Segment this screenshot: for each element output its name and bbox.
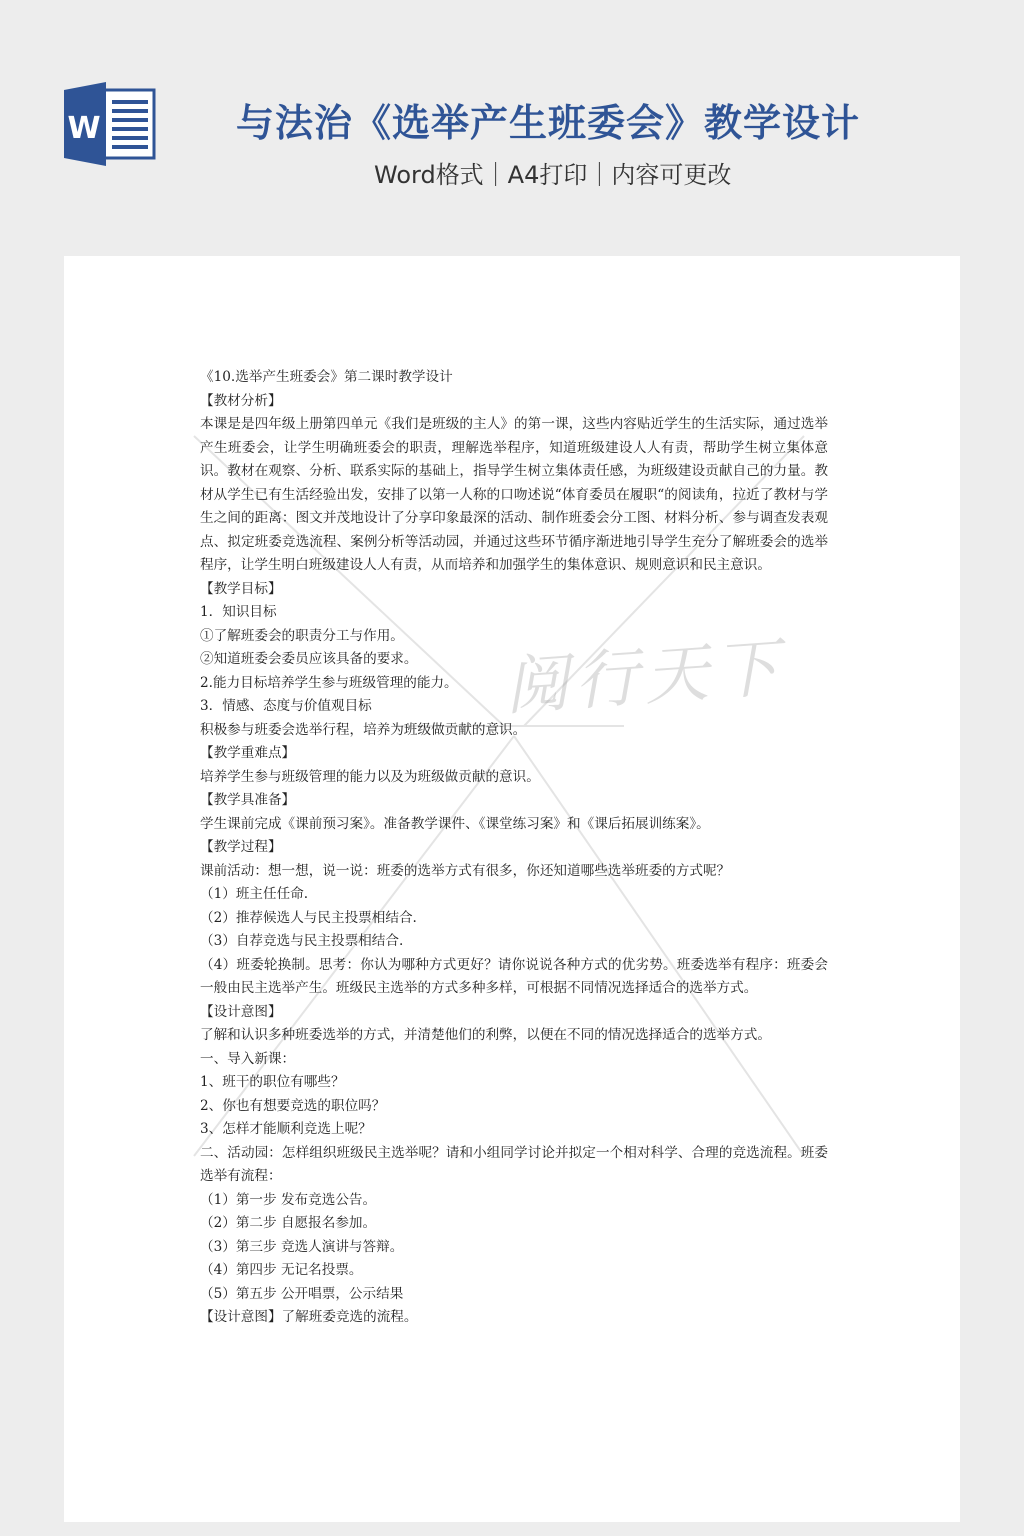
design-paragraph: 了解和认识多种班委选举的方式，并清楚他们的利弊，以便在不同的情况选择适合的选举方…	[200, 1024, 828, 1048]
election-step: （1）第一步 发布竞选公告。	[200, 1189, 828, 1213]
goal-item: 1．知识目标	[200, 601, 828, 625]
doc-title: 《10.选举产生班委会》第二课时教学设计	[200, 366, 828, 390]
intro-question: 1、班干的职位有哪些？	[200, 1071, 828, 1095]
process-method: （4）班委轮换制。思考：你认为哪种方式更好？请你说说各种方式的优劣势。班委选举有…	[200, 954, 828, 1001]
analysis-paragraph: 本课是是四年级上册第四单元《我们是班级的主人》的第一课，这些内容贴近学生的生活实…	[200, 413, 828, 578]
document-page: 阅行天下 《10.选举产生班委会》第二课时教学设计 【教材分析】 本课是是四年级…	[64, 256, 960, 1522]
section-heading-goals: 【教学目标】	[200, 578, 828, 602]
goal-item: ②知道班委会委员应该具备的要求。	[200, 648, 828, 672]
page-title: 与法治《选举产生班委会》教学设计	[236, 92, 860, 147]
process-method: （2）推荐候选人与民主投票相结合.	[200, 907, 828, 931]
section-heading-analysis: 【教材分析】	[200, 390, 828, 414]
intro-question: 2、你也有想要竞选的职位吗？	[200, 1095, 828, 1119]
election-step: （5）第五步 公开唱票，公示结果	[200, 1283, 828, 1307]
process-method: （3）自荐竞选与民主投票相结合.	[200, 930, 828, 954]
election-step: （4）第四步 无记名投票。	[200, 1259, 828, 1283]
document-body: 《10.选举产生班委会》第二课时教学设计 【教材分析】 本课是是四年级上册第四单…	[200, 366, 828, 1330]
election-step: （2）第二步 自愿报名参加。	[200, 1212, 828, 1236]
intro-question: 3、怎样才能顺利竞选上呢？	[200, 1118, 828, 1142]
goal-item: 积极参与班委会选举行程，培养为班级做贡献的意识。	[200, 719, 828, 743]
word-document-icon: W	[64, 80, 158, 166]
goal-item: 3．情感、态度与价值观目标	[200, 695, 828, 719]
process-intro: 课前活动：想一想，说一说：班委的选举方式有很多，你还知道哪些选举班委的方式呢？	[200, 860, 828, 884]
election-step: （3）第三步 竞选人演讲与答辩。	[200, 1236, 828, 1260]
page-subtitle: Word格式｜A4打印｜内容可更改	[374, 155, 731, 190]
svg-text:W: W	[67, 111, 100, 146]
process-method: （1）班主任任命.	[200, 883, 828, 907]
goal-item: ①了解班委会的职责分工与作用。	[200, 625, 828, 649]
final-design-note: 【设计意图】了解班委竞选的流程。	[200, 1306, 828, 1330]
intro-heading: 一、导入新课：	[200, 1048, 828, 1072]
section-heading-key-points: 【教学重难点】	[200, 742, 828, 766]
banner-header: W 与法治《选举产生班委会》教学设计 Word格式｜A4打印｜内容可更改	[0, 0, 1024, 256]
key-points-paragraph: 培养学生参与班级管理的能力以及为班级做贡献的意识。	[200, 766, 828, 790]
section-heading-process: 【教学过程】	[200, 836, 828, 860]
goal-item: 2.能力目标培养学生参与班级管理的能力。	[200, 672, 828, 696]
prep-paragraph: 学生课前完成《课前预习案》。准备教学课件、《课堂练习案》和《课后拓展训练案》。	[200, 813, 828, 837]
activity-paragraph: 二、活动园：怎样组织班级民主选举呢？请和小组同学讨论并拟定一个相对科学、合理的竞…	[200, 1142, 828, 1189]
section-heading-prep: 【教学具准备】	[200, 789, 828, 813]
section-heading-design: 【设计意图】	[200, 1001, 828, 1025]
